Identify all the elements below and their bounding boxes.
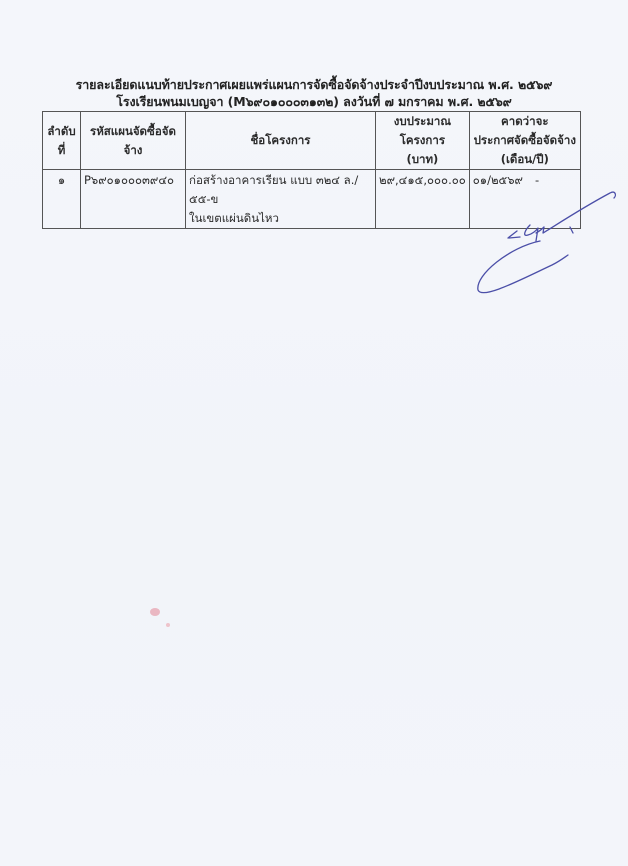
document-page: รายละเอียดแนบท้ายประกาศเผยแพร่แผนการจัดซ… xyxy=(0,0,628,866)
header-expected-line2: ประกาศจัดซื้อจัดจ้าง xyxy=(474,133,576,147)
header-expected-line1: คาดว่าจะ xyxy=(501,114,548,128)
header-seq-line2: ที่ xyxy=(58,143,66,157)
cell-project-name: ก่อสร้างอาคารเรียน แบบ ๓๒๔ ล./๕๕-ข ในเขต… xyxy=(186,170,376,229)
header-expected-date: คาดว่าจะ ประกาศจัดซื้อจัดจ้าง (เดือน/ปี) xyxy=(469,112,580,170)
cell-budget: ๒๙,๔๑๕,๐๐๐.๐๐ xyxy=(376,170,470,229)
header-seq: ลำดับ ที่ xyxy=(43,112,81,170)
header-project-name: ชื่อโครงการ xyxy=(186,112,376,170)
project-name-line2: ในเขตแผ่นดินไหว xyxy=(189,211,279,225)
handwritten-signature xyxy=(470,185,620,305)
header-budget-line1: งบประมาณ xyxy=(394,114,451,128)
cell-plan-code: P๖๙๐๑๐๐๐๓๙๔๐ xyxy=(81,170,186,229)
red-ink-speck xyxy=(166,623,170,627)
header-seq-line1: ลำดับ xyxy=(47,124,75,138)
header-budget-line2: โครงการ xyxy=(400,133,445,147)
cell-seq: ๑ xyxy=(43,170,81,229)
red-ink-stain xyxy=(150,608,160,616)
header-budget: งบประมาณ โครงการ (บาท) xyxy=(376,112,470,170)
header-budget-line3: (บาท) xyxy=(406,152,438,166)
document-subtitle: โรงเรียนพนมเบญจา (M๖๙๐๑๐๐๐๓๑๓๒) ลงวันที่… xyxy=(0,92,628,112)
project-name-line1: ก่อสร้างอาคารเรียน แบบ ๓๒๔ ล./๕๕-ข xyxy=(189,173,358,206)
header-plan-code: รหัสแผนจัดซื้อจัดจ้าง xyxy=(81,112,186,170)
header-expected-line3: (เดือน/ปี) xyxy=(501,152,549,166)
table-header-row: ลำดับ ที่ รหัสแผนจัดซื้อจัดจ้าง ชื่อโครง… xyxy=(43,112,581,170)
